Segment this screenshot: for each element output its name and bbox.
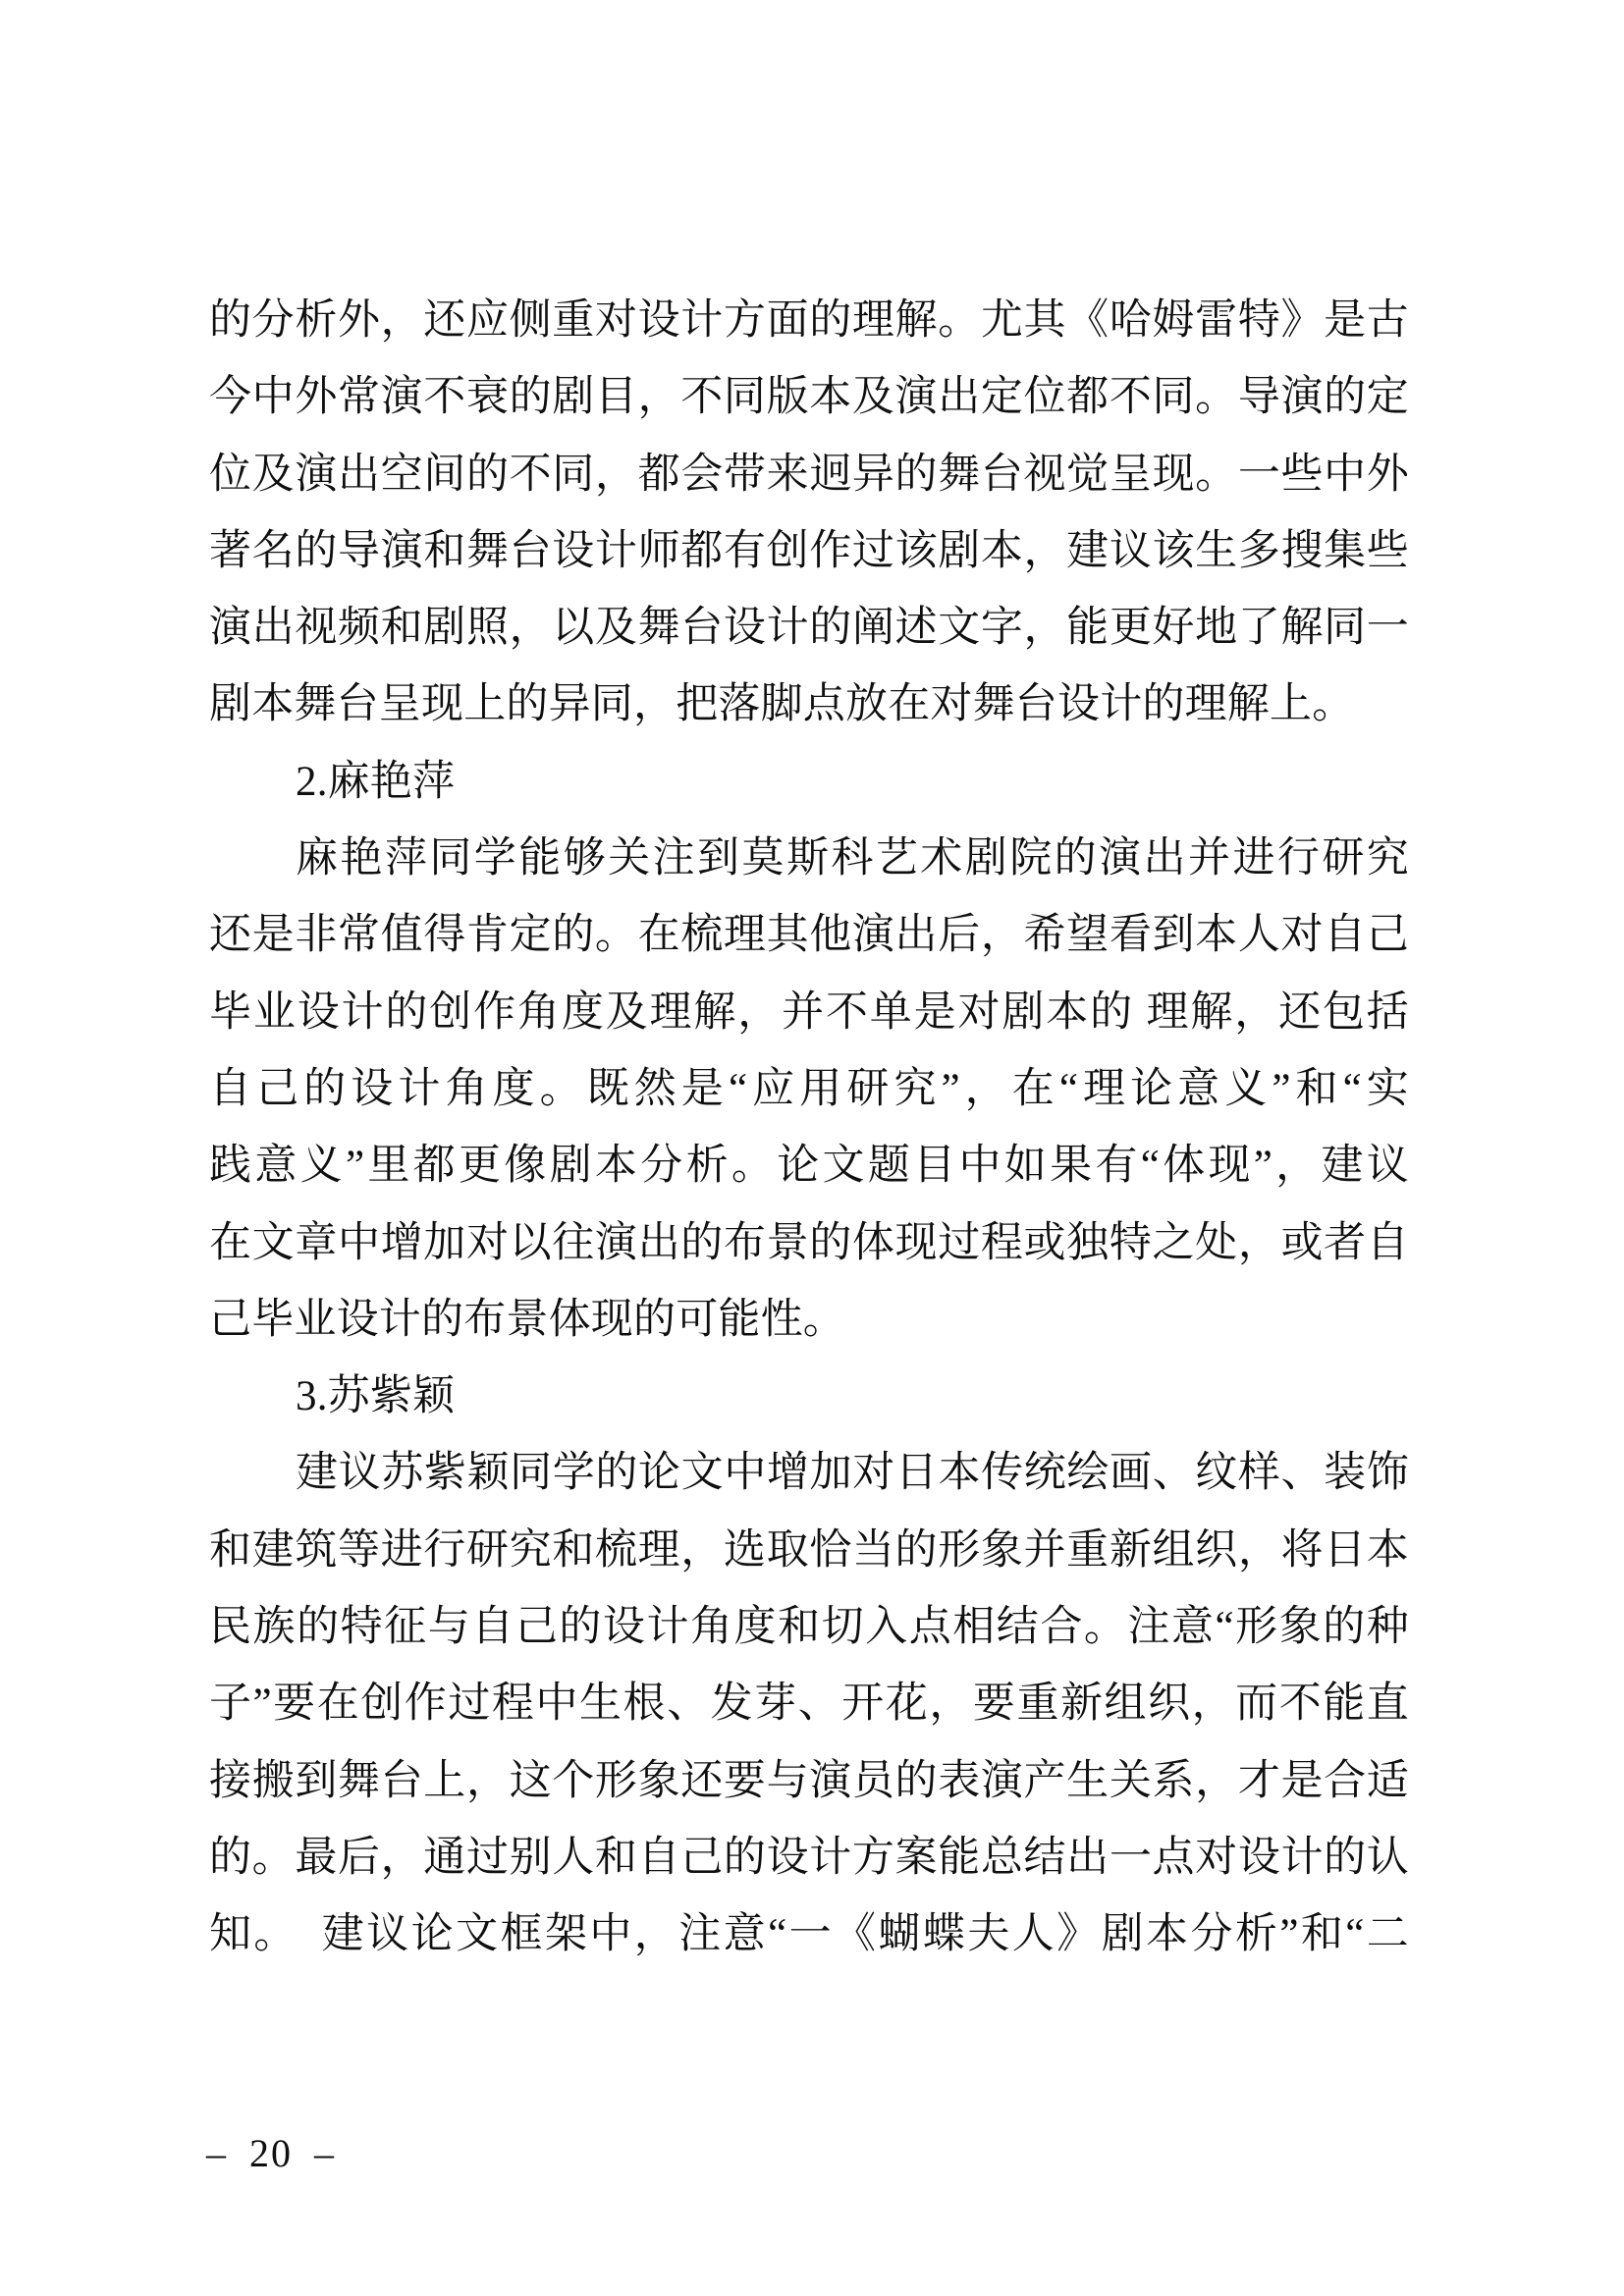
text-line: 著名的导演和舞台设计师都有创作过该剧本，建议该生多搜集些 — [209, 513, 1409, 590]
text-line: 子”要在创作过程中生根、发芽、开花，要重新组织，而不能直 — [209, 1666, 1409, 1742]
text-line-paragraph-start: 建议苏紫颖同学的论文中增加对日本传统绘画、纹样、装饰 — [209, 1435, 1409, 1512]
text-line: 的。最后，通过别人和自己的设计方案能总结出一点对设计的认 — [209, 1820, 1409, 1896]
document-text-block: 的分析外，还应侧重对设计方面的理解。尤其《哈姆雷特》是古 今中外常演不衰的剧目，… — [209, 283, 1409, 1974]
page-number: – 20 – — [206, 2132, 336, 2175]
text-line: 在文章中增加对以往演出的布景的体现过程或独特之处，或者自 — [209, 1205, 1409, 1282]
list-item-heading: 2.麻艳萍 — [209, 744, 1409, 821]
document-page: 的分析外，还应侧重对设计方面的理解。尤其《哈姆雷特》是古 今中外常演不衰的剧目，… — [0, 0, 1624, 2296]
text-line: 的分析外，还应侧重对设计方面的理解。尤其《哈姆雷特》是古 — [209, 283, 1409, 359]
text-line: 自己的设计角度。既然是“应用研究”，在“理论意义”和“实 — [209, 1051, 1409, 1128]
text-line: 今中外常演不衰的剧目，不同版本及演出定位都不同。导演的定 — [209, 359, 1409, 436]
text-line: 践意义”里都更像剧本分析。论文题目中如果有“体现”，建议 — [209, 1128, 1409, 1204]
text-line: 和建筑等进行研究和梳理，选取恰当的形象并重新组织，将日本 — [209, 1513, 1409, 1589]
text-line: 位及演出空间的不同，都会带来迥异的舞台视觉呈现。一些中外 — [209, 437, 1409, 513]
text-line-paragraph-end: 己毕业设计的布景体现的可能性。 — [209, 1282, 1409, 1359]
text-line: 演出视频和剧照，以及舞台设计的阐述文字，能更好地了解同一 — [209, 590, 1409, 667]
list-item-heading: 3.苏紫颖 — [209, 1359, 1409, 1435]
text-line-paragraph-start: 麻艳萍同学能够关注到莫斯科艺术剧院的演出并进行研究 — [209, 821, 1409, 897]
text-line: 毕业设计的创作角度及理解，并不单是对剧本的 理解，还包括 — [209, 975, 1409, 1051]
text-line: 接搬到舞台上，这个形象还要与演员的表演产生关系，才是合适 — [209, 1743, 1409, 1820]
text-line: 还是非常值得肯定的。在梳理其他演出后，希望看到本人对自己 — [209, 897, 1409, 974]
text-line: 民族的特征与自己的设计角度和切入点相结合。注意“形象的种 — [209, 1589, 1409, 1666]
text-line-paragraph-end: 剧本舞台呈现上的异同，把落脚点放在对舞台设计的理解上。 — [209, 667, 1409, 743]
text-line: 知。 建议论文框架中，注意“一《蝴蝶夫人》剧本分析”和“二 — [209, 1896, 1409, 1973]
